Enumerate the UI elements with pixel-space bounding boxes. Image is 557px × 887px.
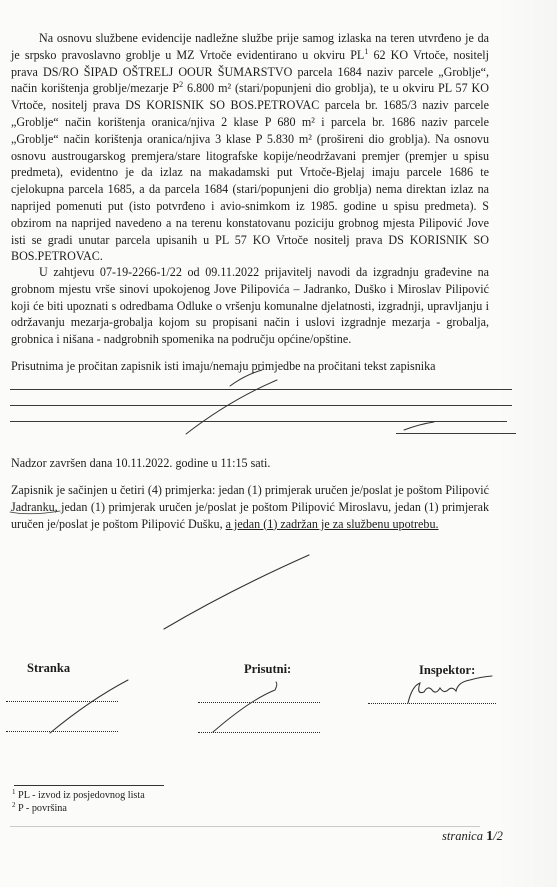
footnote-text: PL - izvod iz posjedovnog lista (18, 790, 145, 801)
page-number: stranica 1/2 (442, 829, 503, 845)
inspector-signature-line[interactable] (368, 702, 496, 704)
page-total: /2 (493, 829, 503, 843)
footnote-1: 1 PL - izvod iz posjedovnog lista (12, 790, 145, 802)
party-signature-line-1[interactable] (6, 700, 118, 702)
remarks-blank-line-1 (10, 389, 512, 390)
footnote-2: 2 P - površina (12, 803, 67, 815)
cancel-stroke (164, 555, 309, 629)
present-signature-line-1[interactable] (198, 701, 320, 703)
present-strike-stroke (213, 682, 277, 732)
inspector-label: Inspektor: (419, 663, 475, 678)
remarks-blank-line-3 (10, 421, 507, 422)
present-label: Prisutni: (244, 662, 291, 677)
bottom-divider (10, 826, 480, 827)
underlined-text: a jedan (1) zadržan je za službenu upotr… (226, 517, 439, 531)
remarks-blank-line-2 (10, 405, 512, 406)
paragraph-request: U zahtjevu 07-19-2266-1/22 od 09.11.2022… (11, 264, 489, 348)
document-page: Na osnovu službene evidencije nadležne s… (0, 0, 557, 887)
footnote-mark: 1 (12, 788, 16, 796)
inspector-signature (408, 676, 492, 703)
scan-shading (497, 0, 557, 887)
present-signature-line-2[interactable] (198, 731, 320, 733)
paragraph-text: 6.800 m² (stari/popunjeni dio groblja), … (11, 81, 489, 263)
remarks-line: Prisutnima je pročitan zapisnik isti ima… (11, 358, 481, 375)
footnote-text: P - površina (18, 803, 67, 814)
paragraph-cemetery-records: Na osnovu službene evidencije nadležne s… (11, 30, 489, 265)
remarks-blank-line-4 (396, 433, 516, 434)
party-label: Stranka (27, 661, 70, 676)
footnote-separator (14, 785, 164, 786)
paragraph-copies: Zapisnik je sačinjen u četiri (4) primje… (11, 482, 489, 532)
page-label: stranica (442, 829, 486, 843)
remarks-strike-stroke-3 (404, 422, 434, 430)
party-signature-line-2[interactable] (6, 730, 118, 732)
footnote-mark: 2 (12, 801, 16, 809)
completion-line: Nadzor završen dana 10.11.2022. godine u… (11, 455, 489, 472)
party-strike-stroke (50, 680, 128, 733)
